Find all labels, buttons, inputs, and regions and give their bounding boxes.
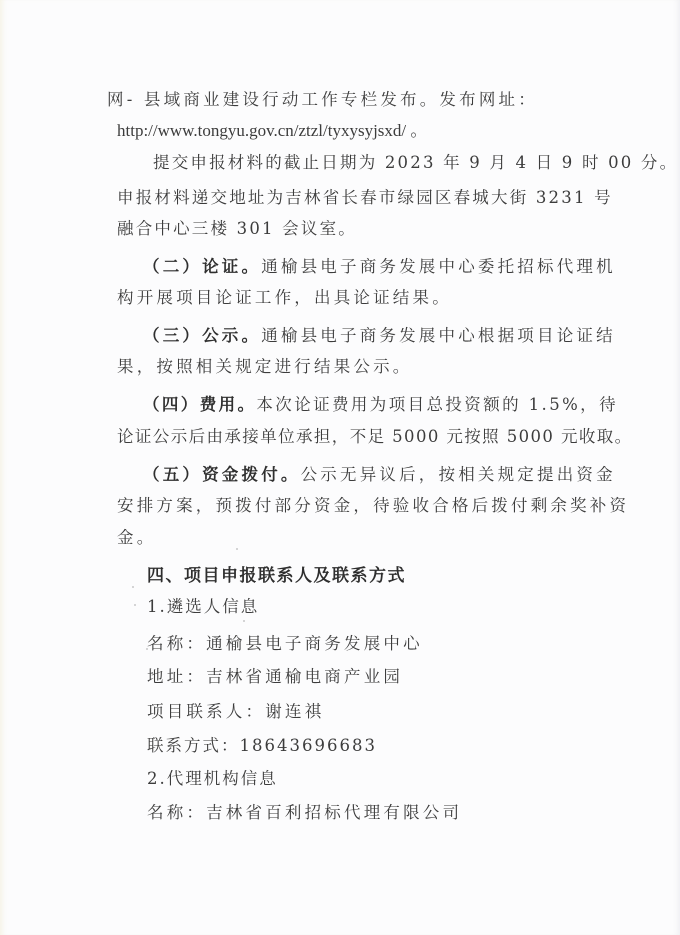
paragraph-item-funding: （五）资金拨付。公示无异议后，按相关规定提出资金 [143,465,616,485]
paragraph-line-submission-room: 融合中心三楼 301 会议室。 [117,219,357,239]
paragraph-item-publicity: （三）公示。通榆县电子商务发展中心根据项目论证结 [143,326,616,346]
paragraph-line-publicity-cont: 果，按照相关规定进行结果公示。 [117,357,413,377]
item-text-funding: 公示无异议后，按相关规定提出资金 [301,465,616,484]
item-label-fees: （四）费用。 [143,395,256,414]
publish-url: http://www.tongyu.gov.cn/ztzl/tyxysyjsxd… [117,121,427,141]
selector-address: 地址：吉林省通榆电商产业园 [147,667,403,687]
paragraph-line-deadline: 提交申报材料的截止日期为 2023 年 9 月 4 日 9 时 00 分。 [153,153,678,173]
scan-speck [243,620,245,622]
subsection-title-selector-info: 1.遴选人信息 [147,597,259,617]
section-heading-contacts: 四、项目申报联系人及联系方式 [147,566,406,586]
subsection-title-agency-info: 2.代理机构信息 [147,769,278,789]
scan-speck [132,586,134,588]
item-label-funding: （五）资金拨付。 [143,465,301,484]
agency-name: 名称：吉林省百利招标代理有限公司 [147,803,462,823]
scan-speck [146,648,148,650]
paragraph-line-fees-cont: 论证公示后由承接单位承担，不足 5000 元按照 5000 元收取。 [117,427,633,447]
paragraph-item-fees: （四）费用。本次论证费用为项目总投资额的 1.5%，待 [143,395,618,415]
selector-contact-person: 项目联系人：谢连祺 [147,702,324,722]
scan-speck [134,604,136,606]
paragraph-line-verification-cont: 构开展项目论证工作，出具论证结果。 [117,288,452,308]
scanned-document-page: 网- 县域商业建设行动工作专栏发布。发布网址： http://www.tongy… [0,0,680,935]
item-text-publicity: 通榆县电子商务发展中心根据项目论证结 [261,326,616,345]
selector-name: 名称：通榆县电子商务发展中心 [147,634,423,654]
item-label-publicity: （三）公示。 [143,326,261,345]
selector-contact-phone: 联系方式：18643696683 [147,736,377,756]
paragraph-line-submission-address: 申报材料递交地址为吉林省长春市绿园区春城大街 3231 号 [117,188,613,208]
scan-speck [236,548,238,550]
paragraph-line-publish-location: 网- 县域商业建设行动工作专栏发布。发布网址： [107,90,538,110]
item-text-verification: 通榆县电子商务发展中心委托招标代理机 [261,257,616,276]
paragraph-line-funding-end: 金。 [117,528,156,548]
item-label-verification: （二）论证。 [143,257,261,276]
paragraph-item-verification: （二）论证。通榆县电子商务发展中心委托招标代理机 [143,257,616,277]
item-text-fees: 本次论证费用为项目总投资额的 1.5%，待 [256,395,618,414]
paragraph-line-funding-cont: 安排方案，预拨付部分资金，待验收合格后拨付剩余奖补资 [117,496,629,516]
